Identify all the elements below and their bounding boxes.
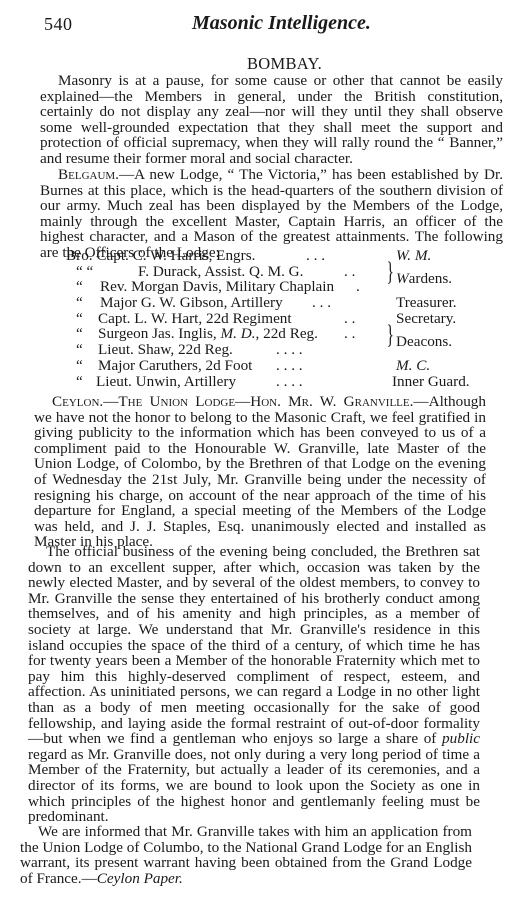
ditto-mark: “ — [76, 358, 83, 374]
paragraph-ceylon: Ceylon.—The Union Lodge—Hon. Mr. W. Gran… — [34, 394, 486, 550]
officer-role: Treasurer. — [396, 295, 457, 311]
page-header: 540 Masonic Intelligence. — [44, 10, 504, 40]
officer-name: Lieut. Shaw, 22d Reg. — [98, 342, 233, 358]
officer-role: Wardens. — [396, 271, 452, 287]
leader-dots: . — [356, 279, 360, 295]
ditto-mark: “ “ — [76, 264, 93, 280]
officer-row: “ Lieut. Shaw, 22d Reg. . . . . } Deacon… — [66, 342, 496, 358]
ditto-mark: “ — [76, 326, 83, 342]
leader-dots: . . . . — [276, 342, 303, 358]
leader-dots: . . — [344, 311, 355, 327]
officer-row: “ Major Caruthers, 2d Foot . . . . M. C. — [66, 358, 496, 374]
officer-row: “ Lieut. Unwin, Artillery . . . . Inner … — [66, 374, 496, 390]
ditto-mark: “ — [76, 279, 83, 295]
officer-role: M. C. — [396, 358, 430, 374]
officer-row: Bro. Capt. C. W. Harris, Engrs. . . . W.… — [66, 248, 496, 264]
leader-dots: . . . . — [276, 358, 303, 374]
leader-dots: . . — [344, 326, 355, 342]
page-number: 540 — [44, 14, 73, 35]
paragraph-text: regard as Mr. Granville does, not only d… — [28, 746, 480, 825]
officer-name: Major G. W. Gibson, Artillery — [100, 295, 283, 311]
paragraph-informed: We are informed that Mr. Granville takes… — [20, 824, 472, 886]
section-title: BOMBAY. — [0, 54, 529, 74]
officer-role: Deacons. — [396, 334, 452, 350]
officers-list: Bro. Capt. C. W. Harris, Engrs. . . . W.… — [66, 248, 496, 389]
officer-row: “ Major G. W. Gibson, Artillery . . . Tr… — [66, 295, 496, 311]
paragraph-text: We are informed that Mr. Granville takes… — [20, 823, 472, 887]
ditto-mark: “ — [76, 342, 83, 358]
brace-icon: } — [386, 257, 393, 287]
running-title: Masonic Intelligence. — [192, 12, 371, 35]
paragraph-official-business: The official business of the evening bei… — [28, 544, 480, 825]
officer-name: Capt. L. W. Hart, 22d Regiment — [98, 311, 292, 327]
place-heading-belgaum: Belgaum. — [58, 166, 119, 183]
officer-row: “ Capt. L. W. Hart, 22d Regiment . . Sec… — [66, 311, 496, 327]
officer-name: Rev. Morgan Davis, Military Chaplain — [100, 279, 334, 295]
officer-name: F. Durack, Assist. Q. M. G. — [138, 264, 303, 280]
source-citation: Ceylon Paper. — [97, 870, 183, 887]
leader-dots: . . — [344, 264, 355, 280]
emphasis-public: public — [442, 730, 480, 747]
officer-role: Secretary. — [396, 311, 456, 327]
paragraph-text: The official business of the evening bei… — [28, 543, 480, 747]
place-heading-ceylon: Ceylon.—The Union Lodge—Hon. Mr. W. Gran… — [52, 393, 413, 410]
leader-dots: . . . — [312, 295, 331, 311]
officer-role: Inner Guard. — [392, 374, 470, 390]
leader-dots: . . . . — [276, 374, 303, 390]
officer-row: “ Rev. Morgan Davis, Military Chaplain .… — [66, 279, 496, 295]
ditto-mark: “ — [76, 295, 83, 311]
leader-dots: . . . — [306, 248, 325, 264]
officer-role: W. M. — [396, 248, 431, 264]
paragraph-text: Masonry is at a pause, for some cause or… — [40, 72, 503, 167]
ditto-mark: “ — [76, 374, 83, 390]
officer-name: Surgeon Jas. Inglis, M. D., 22d Reg. — [98, 326, 318, 342]
ditto-mark: “ — [76, 311, 83, 327]
officer-name: Major Caruthers, 2d Foot — [98, 358, 252, 374]
paragraph-text: —Although we have not the honor to belon… — [34, 393, 486, 550]
book-page: 540 Masonic Intelligence. BOMBAY. Masonr… — [0, 0, 529, 905]
officer-name: Lieut. Unwin, Artillery — [96, 374, 236, 390]
officer-name: Bro. Capt. C. W. Harris, Engrs. — [66, 248, 255, 264]
brace-icon: } — [386, 320, 393, 350]
paragraph-bombay: Masonry is at a pause, for some cause or… — [40, 73, 503, 167]
